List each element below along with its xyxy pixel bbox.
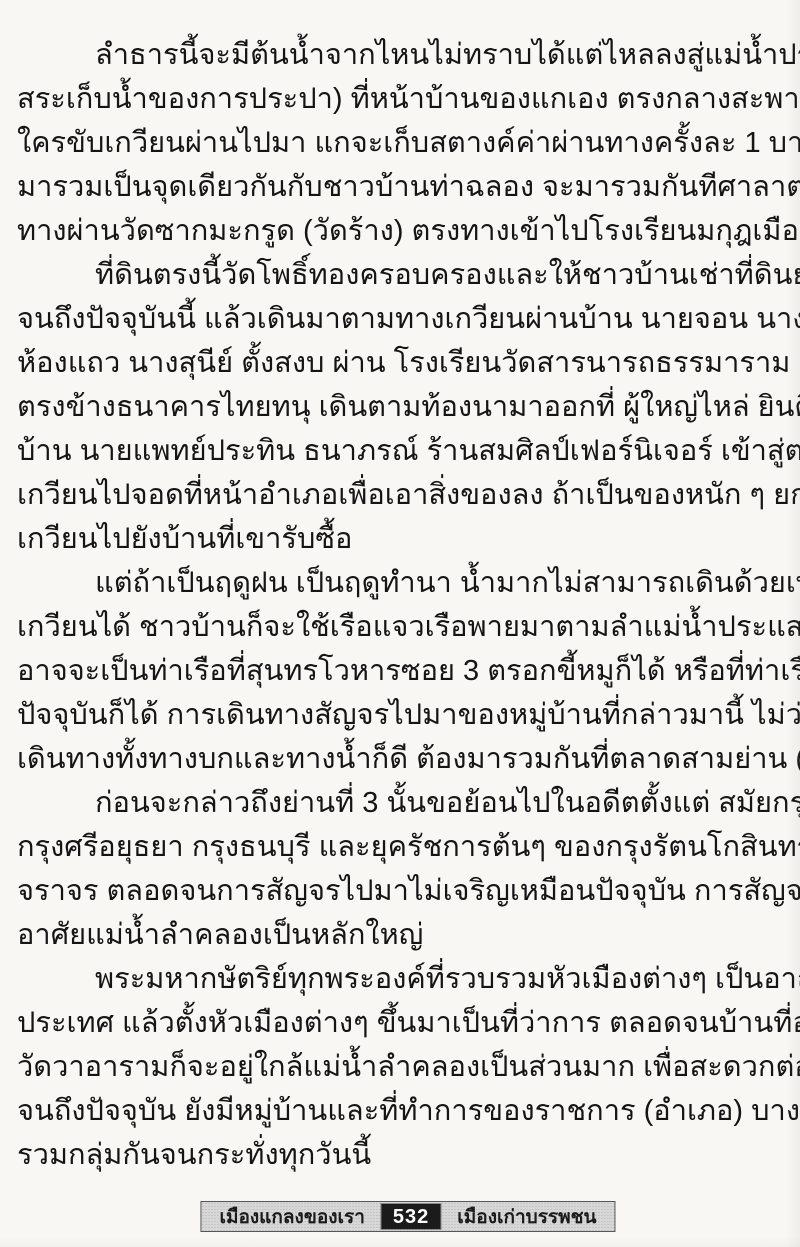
text-line: จนถึงปัจจุบัน ยังมีหมู่บ้านและที่ทำการขอ…: [17, 1089, 785, 1133]
text-line: จนถึงปัจจุบันนี้ แล้วเดินมาตามทางเกวียนผ…: [17, 297, 785, 341]
scanned-book-page: ลำธารนี้จะมีต้นน้ำจากไหนไม่ทราบได้แต่ไหล…: [0, 0, 800, 1247]
text-line: กรุงศรีอยุธยา กรุงธนบุรี และยุครัชการต้น…: [17, 825, 785, 869]
text-line: ปัจจุบันก็ได้ การเดินทางสัญจรไปมาของหมู่…: [17, 693, 785, 737]
paragraph: พระมหากษัตริย์ทุกพระองค์ที่รวบรวมหัวเมือ…: [17, 957, 785, 1177]
text-line: วัดวาอารามก็จะอยู่ใกล้แม่น้ำลำคลองเป็นส่…: [17, 1045, 785, 1089]
paragraph: ก่อนจะกล่าวถึงย่านที่ 3 นั้นขอย้อนไปในอด…: [17, 781, 785, 957]
paragraph: ลำธารนี้จะมีต้นน้ำจากไหนไม่ทราบได้แต่ไหล…: [17, 33, 785, 253]
page-number-badge: 532: [381, 1203, 441, 1230]
text-line: มารวมเป็นจุดเดียวกันกับชาวบ้านท่าฉลอง จะ…: [17, 165, 785, 209]
footer-left-title: เมืองแกลงของเรา: [219, 1207, 364, 1227]
body-text: ลำธารนี้จะมีต้นน้ำจากไหนไม่ทราบได้แต่ไหล…: [17, 33, 785, 1177]
text-line: อาศัยแม่น้ำลำคลองเป็นหลักใหญ่: [17, 913, 785, 957]
text-line: ที่ดินตรงนี้วัดโพธิ์ทองครอบครองและให้ชาว…: [17, 253, 785, 297]
text-line: ใครขับเกวียนผ่านไปมา แกจะเก็บสตางค์ค่าผ่…: [17, 121, 785, 165]
text-line: พระมหากษัตริย์ทุกพระองค์ที่รวบรวมหัวเมือ…: [17, 957, 785, 1001]
footer-right-title: เมืองเก่าบรรพชน: [457, 1207, 596, 1227]
page-footer: เมืองแกลงของเรา 532 เมืองเก่าบรรพชน: [200, 1201, 615, 1232]
text-line: เดินทางทั้งทางบกและทางน้ำก็ดี ต้องมารวมก…: [17, 737, 785, 781]
text-line: ลำธารนี้จะมีต้นน้ำจากไหนไม่ทราบได้แต่ไหล…: [17, 33, 785, 77]
text-line: เกวียนไปยังบ้านที่เขารับซื้อ: [17, 517, 785, 561]
text-line: อาจจะเป็นท่าเรือที่สุนทรโวหารซอย 3 ตรอกข…: [17, 649, 785, 693]
paragraph: แต่ถ้าเป็นฤดูฝน เป็นฤดูทำนา น้ำมากไม่สาม…: [17, 561, 785, 781]
text-line: ทางผ่านวัดซากมะกรูด (วัดร้าง) ตรงทางเข้า…: [17, 209, 785, 253]
text-line: ตรงข้างธนาคารไทยทนุ เดินตามท้องนามาออกที…: [17, 385, 785, 429]
text-line: ประเทศ แล้วตั้งหัวเมืองต่างๆ ขึ้นมาเป็นท…: [17, 1001, 785, 1045]
text-line: สระเก็บน้ำของการประปา) ที่หน้าบ้านของแกเ…: [17, 77, 785, 121]
text-line: ก่อนจะกล่าวถึงย่านที่ 3 นั้นขอย้อนไปในอด…: [17, 781, 785, 825]
text-line: เกวียนได้ ชาวบ้านก็จะใช้เรือแจวเรือพายมา…: [17, 605, 785, 649]
text-line: เกวียนไปจอดที่หน้าอำเภอเพื่อเอาสิ่งของลง…: [17, 473, 785, 517]
text-line: ห้องแถว นางสุนีย์ ตั้งสงบ ผ่าน โรงเรียนว…: [17, 341, 785, 385]
text-line: จราจร ตลอดจนการสัญจรไปมาไม่เจริญเหมือนปั…: [17, 869, 785, 913]
text-line: รวมกลุ่มกันจนกระทั่งทุกวันนี้: [17, 1133, 785, 1177]
text-line: แต่ถ้าเป็นฤดูฝน เป็นฤดูทำนา น้ำมากไม่สาม…: [17, 561, 785, 605]
text-line: บ้าน นายแพทย์ประทิน ธนาภรณ์ ร้านสมศิลป์เ…: [17, 429, 785, 473]
paragraph: ที่ดินตรงนี้วัดโพธิ์ทองครอบครองและให้ชาว…: [17, 253, 785, 561]
